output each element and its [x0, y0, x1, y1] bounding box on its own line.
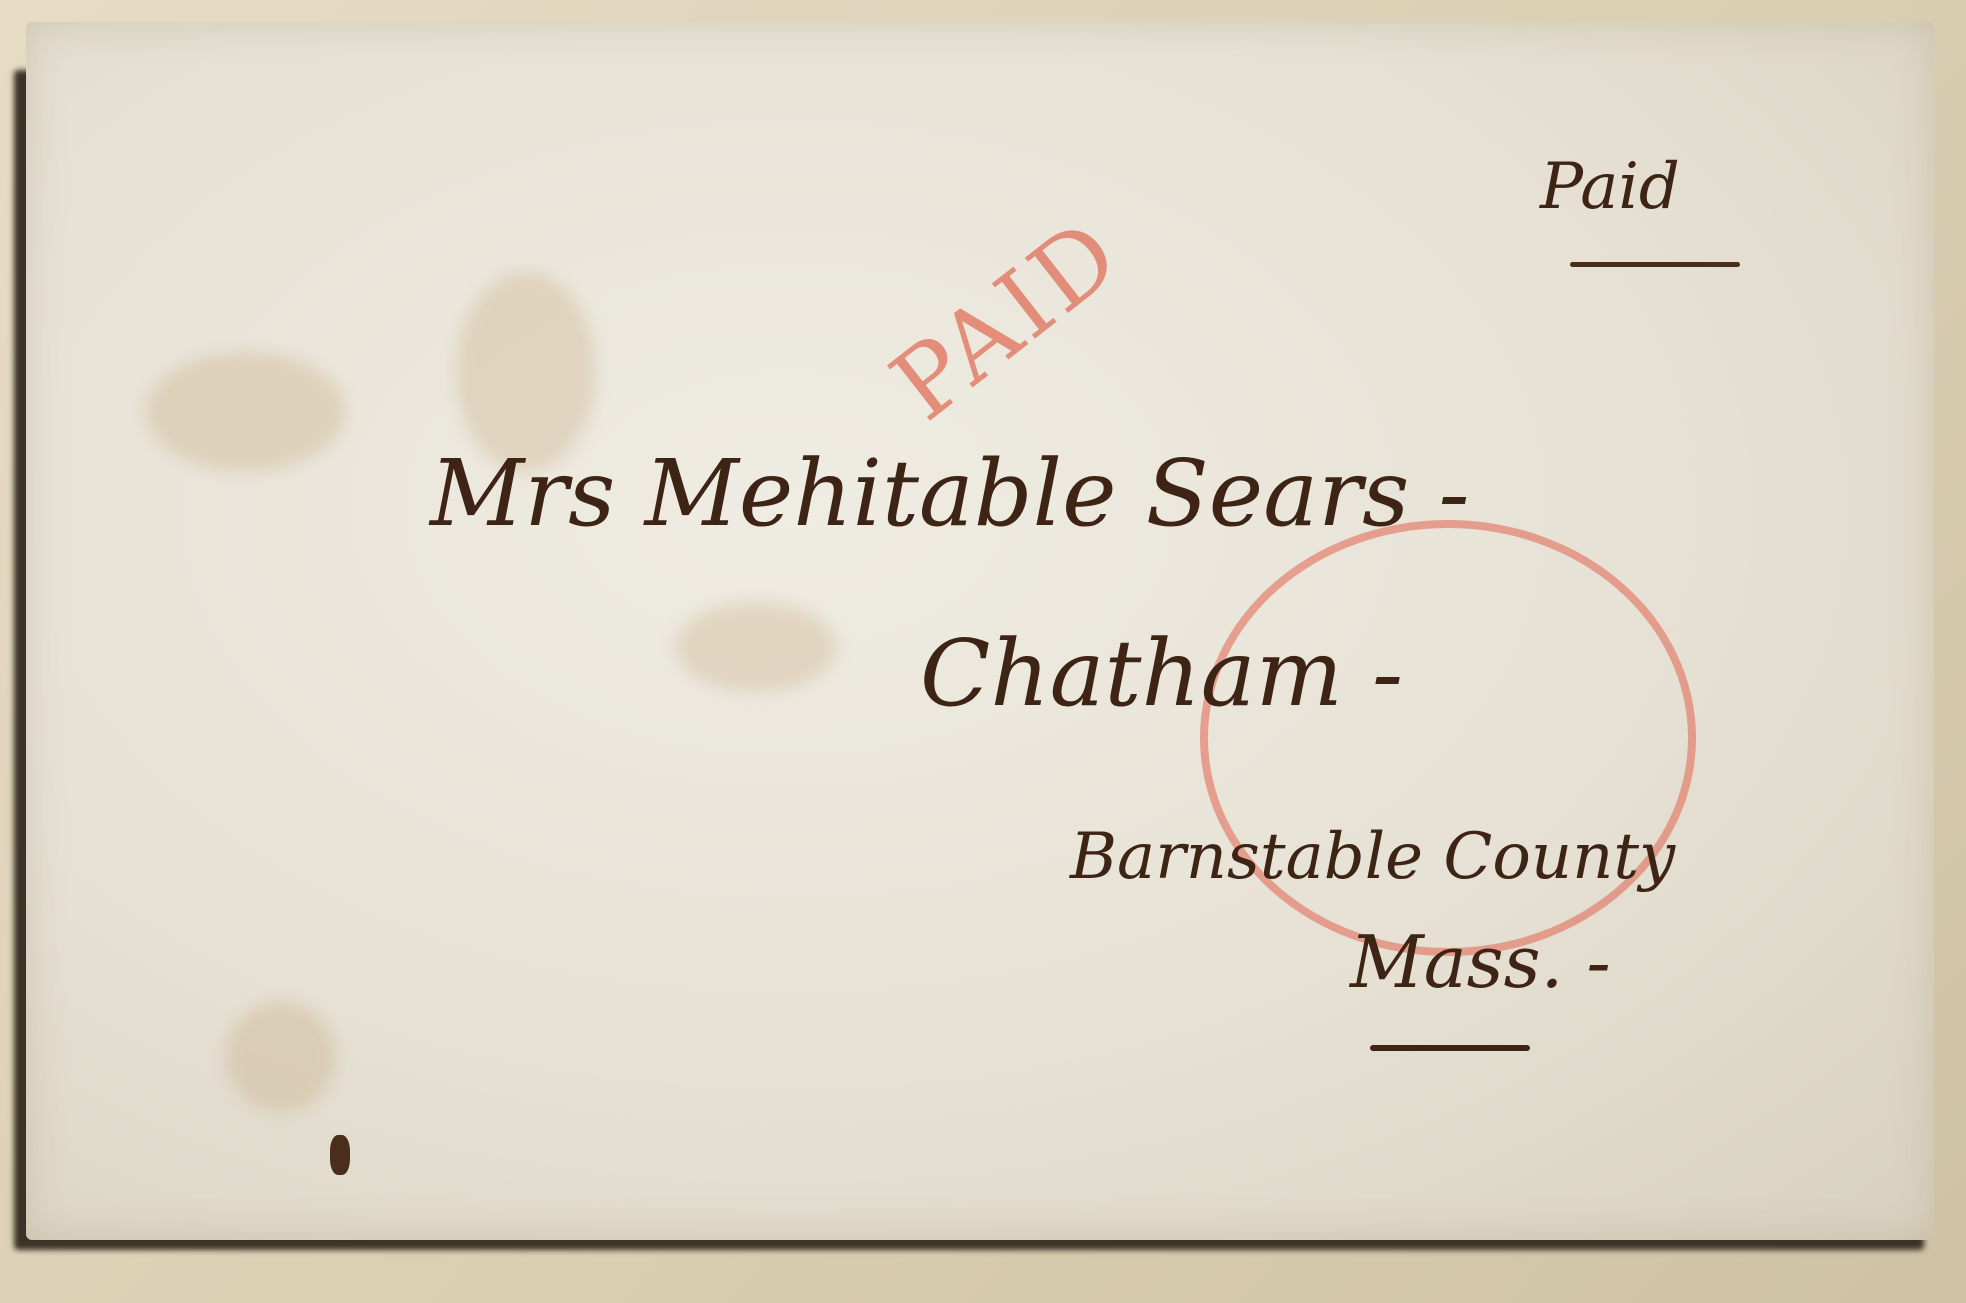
handwritten-paid: Paid [1540, 150, 1680, 224]
paid-underline [1570, 262, 1740, 267]
address-state: Mass. - [1350, 920, 1611, 1004]
ink-mark [330, 1135, 350, 1175]
address-underline [1370, 1045, 1530, 1051]
address-recipient: Mrs Mehitable Sears - [430, 440, 1470, 547]
stain [676, 602, 836, 692]
stain [226, 1002, 336, 1112]
address-county: Barnstable County [1070, 820, 1675, 894]
stain [146, 352, 346, 472]
address-town: Chatham - [920, 620, 1403, 727]
